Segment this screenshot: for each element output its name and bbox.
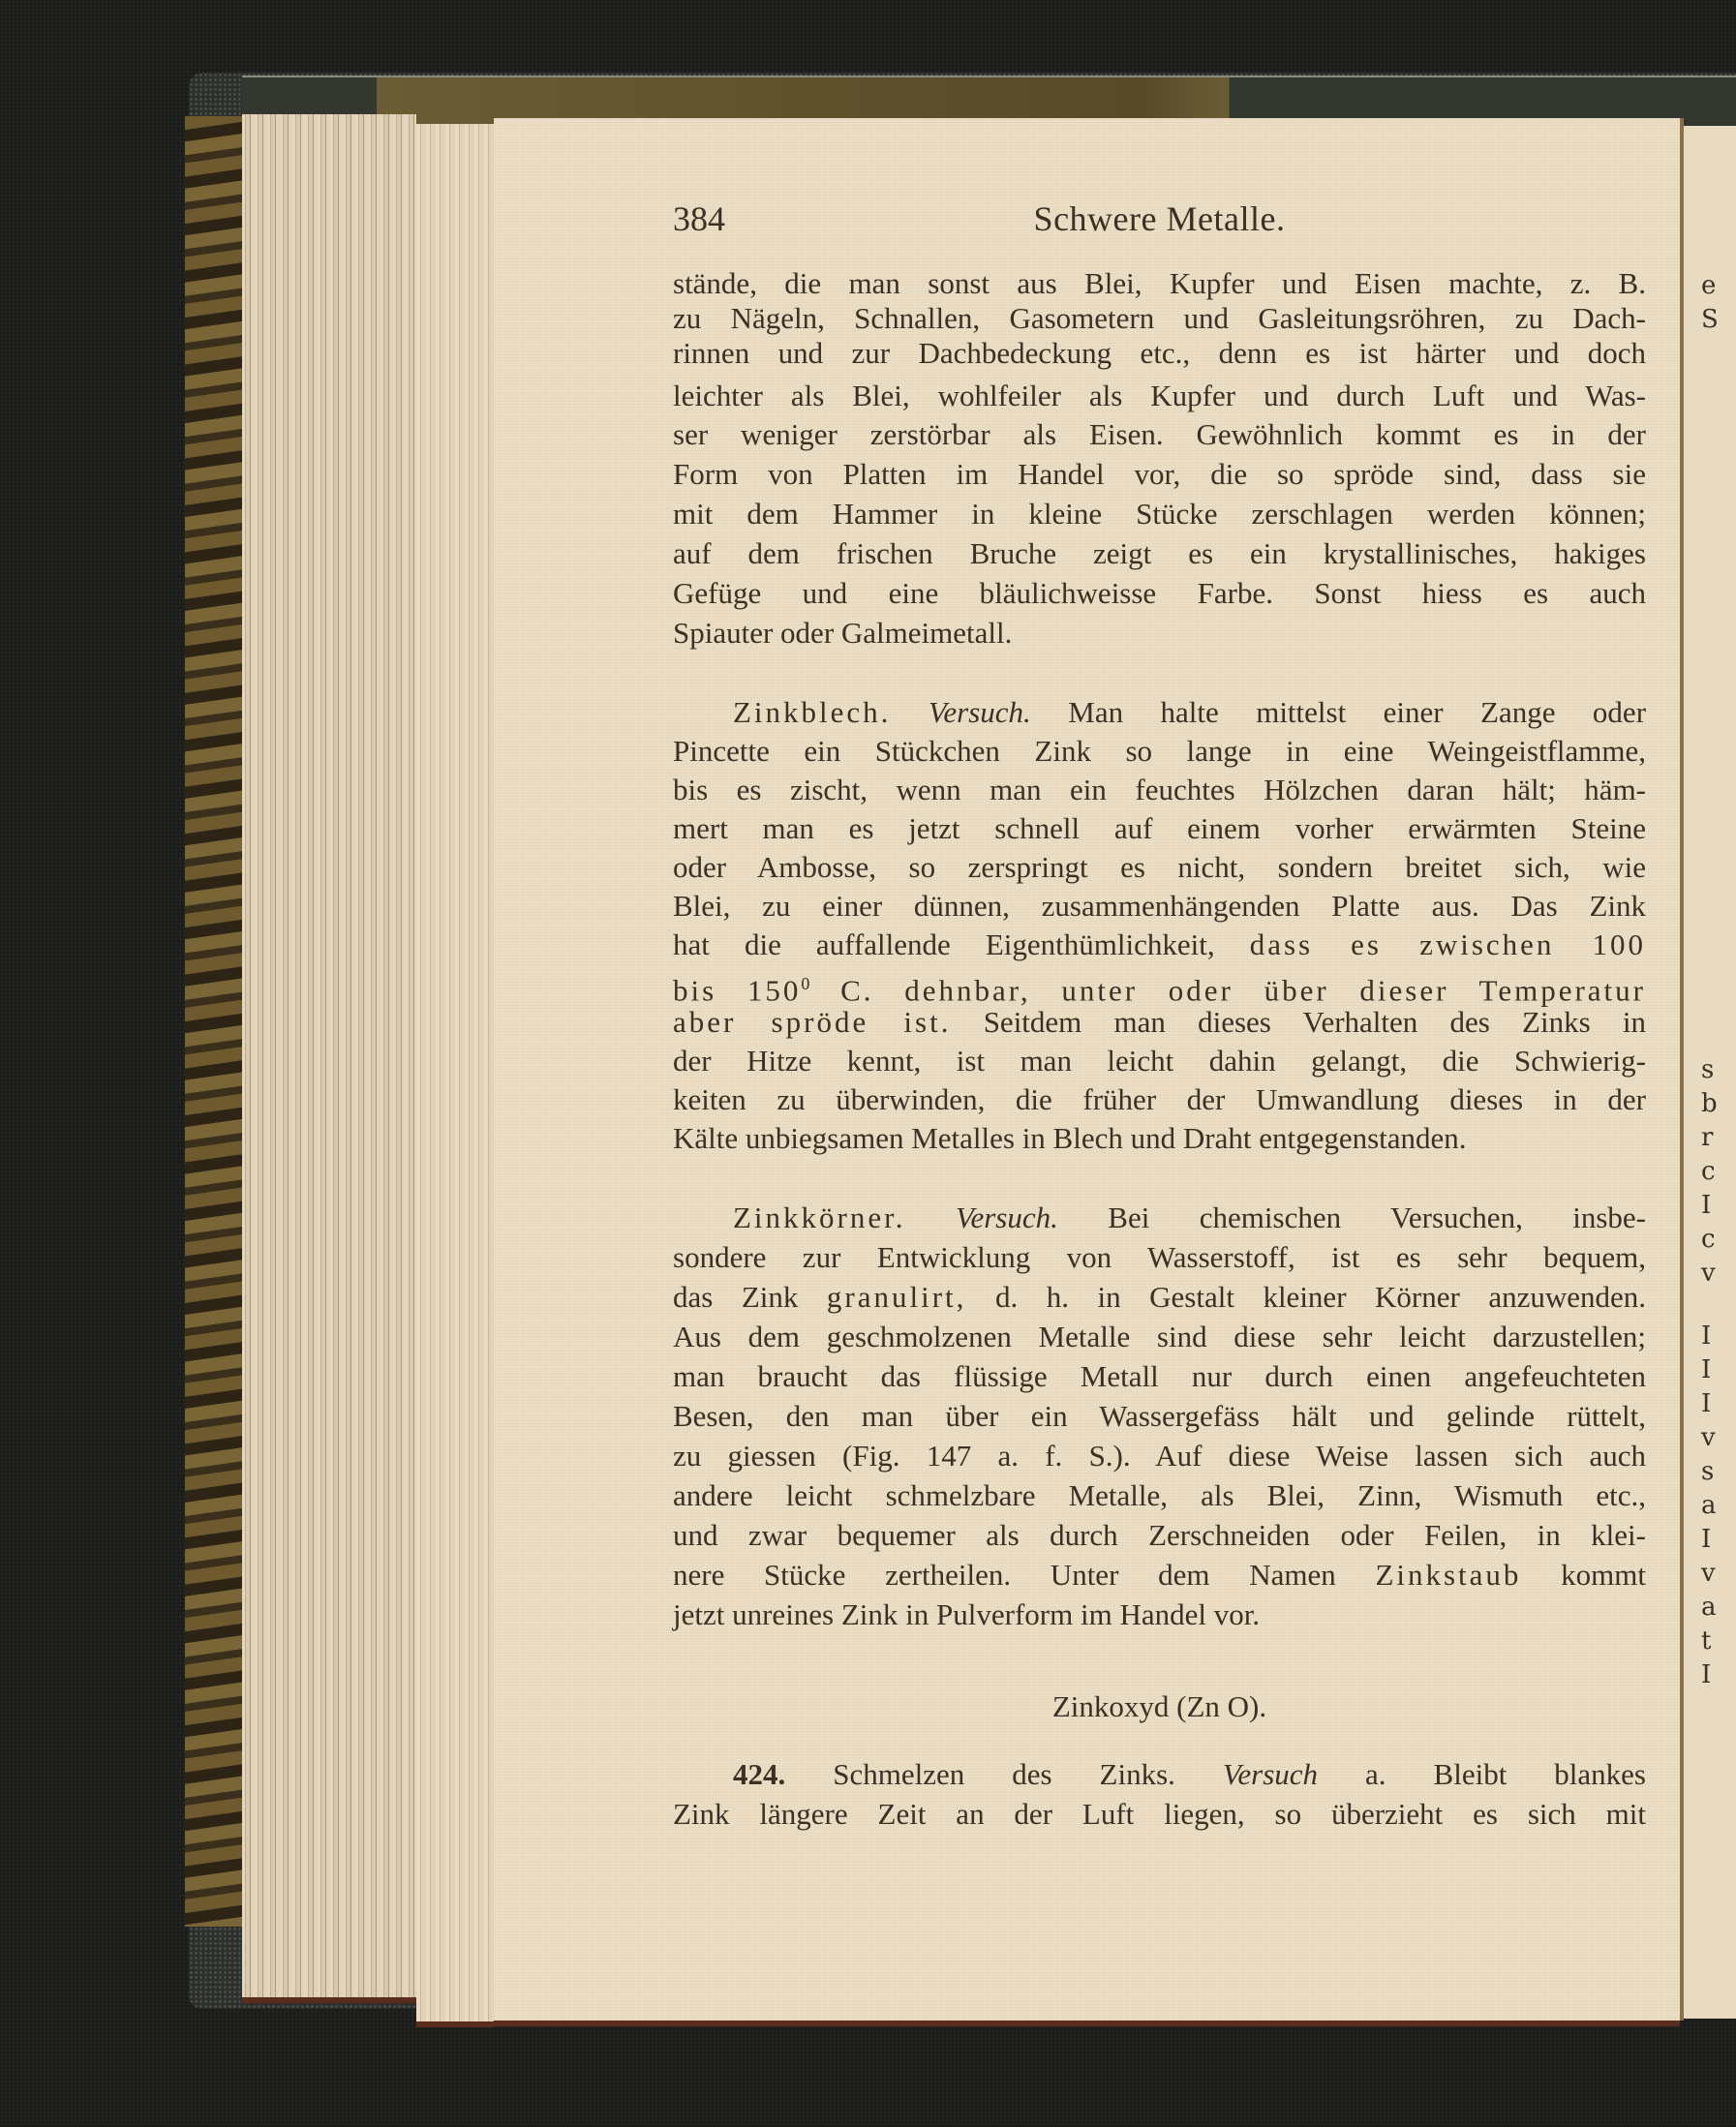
facing-page-fragment: s <box>1701 1055 1714 1084</box>
text-span-spaced: granulirt, <box>827 1280 967 1314</box>
facing-page-fragment: r <box>1701 1123 1713 1152</box>
page-edges-left <box>242 114 416 2003</box>
text-line: oder Ambosse, so zerspringt es nicht, so… <box>673 850 1646 885</box>
text-span: Man halte mittelst einer Zange oder <box>1068 695 1646 729</box>
facing-page-fragment: a <box>1701 1593 1717 1622</box>
facing-page-fragment: v <box>1701 1423 1716 1452</box>
paragraph-zinkkoerner-first-line: Zinkkörner. Versuch. Bei chemischen Vers… <box>673 1200 1646 1235</box>
experiment-label: Versuch. <box>956 1200 1058 1234</box>
text-span-spaced: Zinkstaub <box>1375 1558 1521 1592</box>
text-span: Bei chemischen Versuchen, insbe- <box>1108 1200 1646 1234</box>
text-line: Zink längere Zeit an der Luft liegen, so… <box>673 1797 1646 1832</box>
facing-page-fragment: c <box>1701 1157 1716 1186</box>
facing-page-fragment: e <box>1701 271 1716 300</box>
text-line: nere Stücke zertheilen. Unter dem Namen … <box>673 1558 1646 1593</box>
text-line: mert man es jetzt schnell auf einem vorh… <box>673 811 1646 846</box>
facing-page-fragment: I <box>1701 1322 1711 1351</box>
facing-page-fragment: I <box>1701 1389 1711 1418</box>
text-line: bis 1500 C. dehnbar, unter oder über die… <box>673 966 1646 1008</box>
running-head-title: Schwere Metalle. <box>673 198 1646 239</box>
marbled-edge <box>185 116 245 1927</box>
text-line: Form von Platten im Handel vor, die so s… <box>673 457 1646 492</box>
text-line: Blei, zu einer dünnen, zusammenhängenden… <box>673 889 1646 924</box>
facing-page-fragment: I <box>1701 1191 1711 1220</box>
text-line: bis es zischt, wenn man ein feuchtes Höl… <box>673 773 1646 807</box>
facing-page-fragment: S <box>1701 305 1719 334</box>
facing-page-fragment: I <box>1701 1355 1711 1384</box>
text-line: Kälte unbiegsamen Metalles in Blech und … <box>673 1121 1646 1156</box>
text-span-spaced: C. dehnbar, unter oder über dieser Tempe… <box>809 973 1646 1007</box>
text-line: rinnen und zur Dachbedeckung etc., denn … <box>673 336 1646 371</box>
text-line: zu Nägeln, Schnallen, Gasometern und Gas… <box>673 301 1646 336</box>
text-line: das Zink granulirt, d. h. in Gestalt kle… <box>673 1280 1646 1315</box>
text-span: kommt <box>1561 1558 1646 1592</box>
text-line: auf dem frischen Bruche zeigt es ein kry… <box>673 536 1646 571</box>
text-span: Bleibt blankes <box>1434 1757 1646 1791</box>
text-line: Gefüge und eine bläulichweisse Farbe. So… <box>673 576 1646 611</box>
text-line: jetzt unreines Zink in Pulverform im Han… <box>673 1597 1646 1632</box>
section-424-first-line: 424. Schmelzen des Zinks. Versuch a. Ble… <box>673 1757 1646 1792</box>
text-line: leichter als Blei, wohlfeiler als Kupfer… <box>673 379 1646 413</box>
text-line: und zwar bequemer als durch Zerschneiden… <box>673 1518 1646 1553</box>
text-span-spaced: aber spröde ist. <box>673 1005 951 1039</box>
text-line: stände, die man sonst aus Blei, Kupfer u… <box>673 266 1646 301</box>
paragraph-title: Zinkkörner. <box>733 1200 906 1234</box>
text-span-spaced: bis 150 <box>673 973 801 1007</box>
text-line: Spiauter oder Galmeimetall. <box>673 616 1646 651</box>
facing-page-fragment: b <box>1701 1089 1718 1118</box>
text-line: mit dem Hammer in kleine Stücke zerschla… <box>673 497 1646 532</box>
text-line: sondere zur Entwicklung von Wasserstoff,… <box>673 1240 1646 1275</box>
text-span: nere Stücke zertheilen. Unter dem Namen <box>673 1558 1336 1592</box>
text-line: der Hitze kennt, ist man leicht dahin ge… <box>673 1044 1646 1079</box>
text-line: aber spröde ist. Seitdem man dieses Verh… <box>673 1005 1646 1040</box>
text-line: zu giessen (Fig. 147 a. f. S.). Auf dies… <box>673 1439 1646 1474</box>
facing-page-fragment: a <box>1701 1491 1717 1520</box>
text-span: das Zink <box>673 1280 798 1314</box>
facing-page-fragment: v <box>1701 1259 1716 1288</box>
text-line: andere leicht schmelzbare Metalle, als B… <box>673 1478 1646 1513</box>
running-head: 384 Schwere Metalle. <box>673 198 1646 247</box>
paragraph-title: Zinkblech. <box>733 695 891 729</box>
experiment-label-suffix: a. <box>1365 1757 1386 1791</box>
text-line: keiten zu überwinden, die früher der Umw… <box>673 1082 1646 1117</box>
facing-page-fragment: I <box>1701 1525 1711 1554</box>
page-edges-middle <box>416 124 494 2027</box>
section-number: 424. <box>733 1757 785 1791</box>
text-line: hat die auffallende Eigenthümlichkeit, d… <box>673 927 1646 962</box>
experiment-label: Versuch. <box>929 695 1031 729</box>
paragraph-zinkblech-first-line: Zinkblech. Versuch. Man halte mittelst e… <box>673 695 1646 730</box>
text-span: d. h. in Gestalt kleiner Körner anzuwend… <box>995 1280 1646 1314</box>
text-line: man braucht das flüssige Metall nur durc… <box>673 1359 1646 1394</box>
facing-page-fragment: s <box>1701 1457 1714 1486</box>
facing-page-fragment: v <box>1701 1559 1716 1588</box>
facing-page-fragment: I <box>1701 1660 1711 1689</box>
section-title: Schmelzen des Zinks. <box>833 1757 1175 1791</box>
experiment-label: Versuch <box>1223 1757 1318 1791</box>
text-line: Pincette ein Stückchen Zink so lange in … <box>673 734 1646 769</box>
text-line: Besen, den man über ein Wassergefäss häl… <box>673 1399 1646 1434</box>
section-heading: Zinkoxyd (Zn O). <box>673 1689 1646 1724</box>
text-span: Seitdem man dieses Verhalten des Zinks i… <box>984 1005 1646 1039</box>
facing-page-fragment: t <box>1701 1626 1711 1656</box>
text-line: Aus dem geschmolzenen Metalle sind diese… <box>673 1320 1646 1354</box>
facing-page-edge: e S s b r c I c v I I I v s a I v a t I <box>1684 126 1736 2019</box>
text-span-spaced: dass es zwischen 100 <box>1250 927 1646 961</box>
facing-page-fragment: c <box>1701 1225 1716 1254</box>
text-line: ser weniger zerstörbar als Eisen. Gewöhn… <box>673 417 1646 452</box>
text-span: hat die auffallende Eigenthümlichkeit, <box>673 927 1215 961</box>
